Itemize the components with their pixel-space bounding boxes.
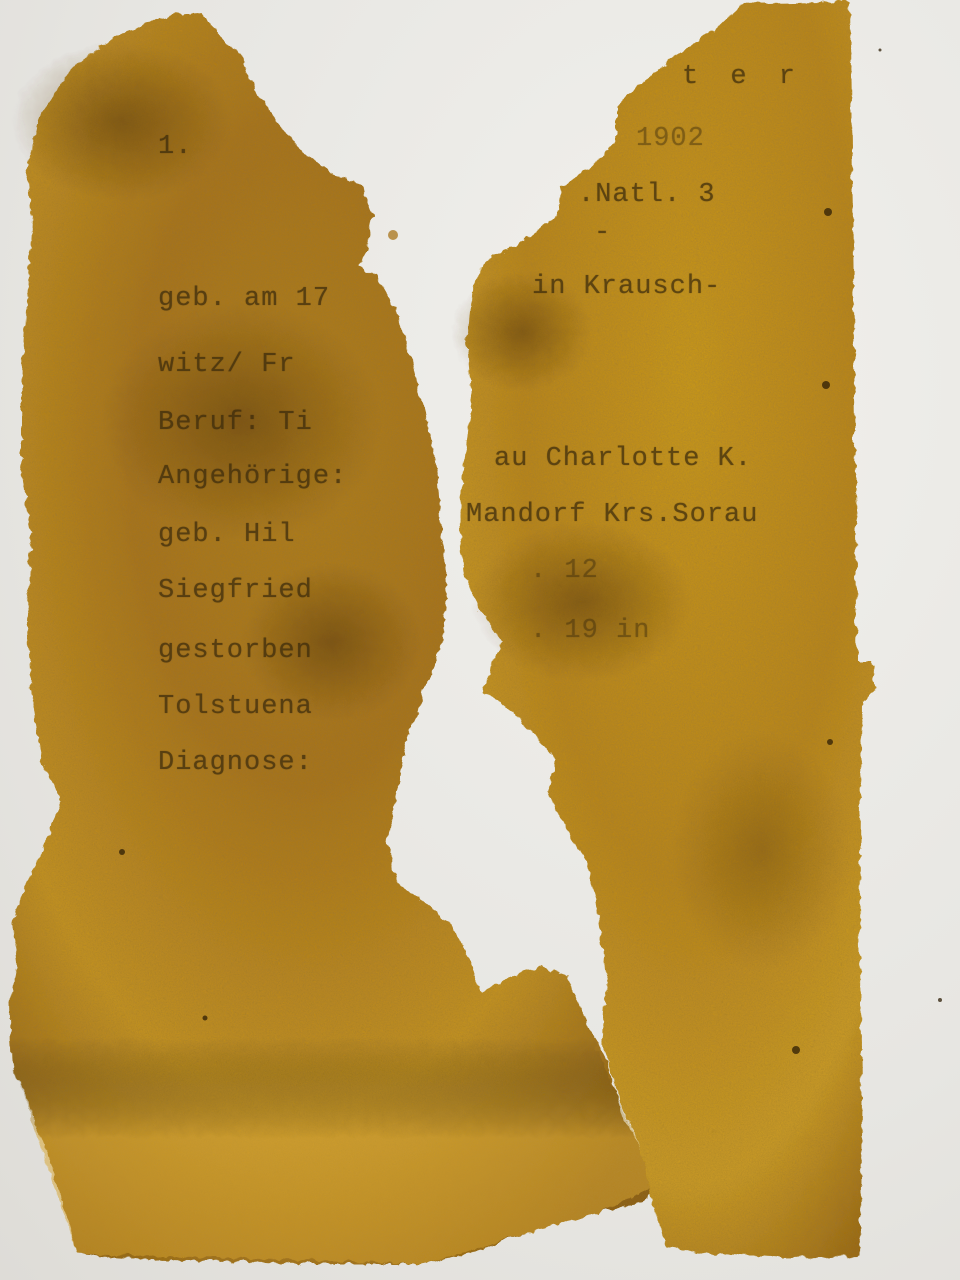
- right-line-1: t e r: [682, 62, 803, 92]
- left-line-1: 1.: [158, 132, 192, 162]
- left-line-9: Tolstuena: [158, 692, 313, 722]
- left-line-4: Beruf: Ti: [158, 408, 313, 438]
- right-line-2: 1902: [636, 124, 705, 154]
- right-line-7: Mandorf Krs.Sorau: [466, 500, 758, 530]
- torn-paper-fragments: [0, 0, 960, 1280]
- left-line-6: geb. Hil: [158, 520, 296, 550]
- right-line-6: au Charlotte K.: [494, 444, 752, 474]
- right-line-9: . 19 in: [530, 616, 650, 646]
- right-line-8: . 12: [530, 556, 599, 586]
- left-line-8: gestorben: [158, 636, 313, 666]
- right-line-5: in Krausch-: [532, 272, 721, 302]
- left-line-10: Diagnose:: [158, 748, 313, 778]
- left-line-3: witz/ Fr: [158, 350, 296, 380]
- right-line-3: .Natl. 3: [578, 180, 716, 210]
- left-line-7: Siegfried: [158, 576, 313, 606]
- document-photo: 1. geb. am 17 witz/ Fr Beruf: Ti Angehör…: [0, 0, 960, 1280]
- left-line-5: Angehörige:: [158, 462, 347, 492]
- right-line-4: -: [594, 218, 611, 248]
- left-line-2: geb. am 17: [158, 284, 330, 314]
